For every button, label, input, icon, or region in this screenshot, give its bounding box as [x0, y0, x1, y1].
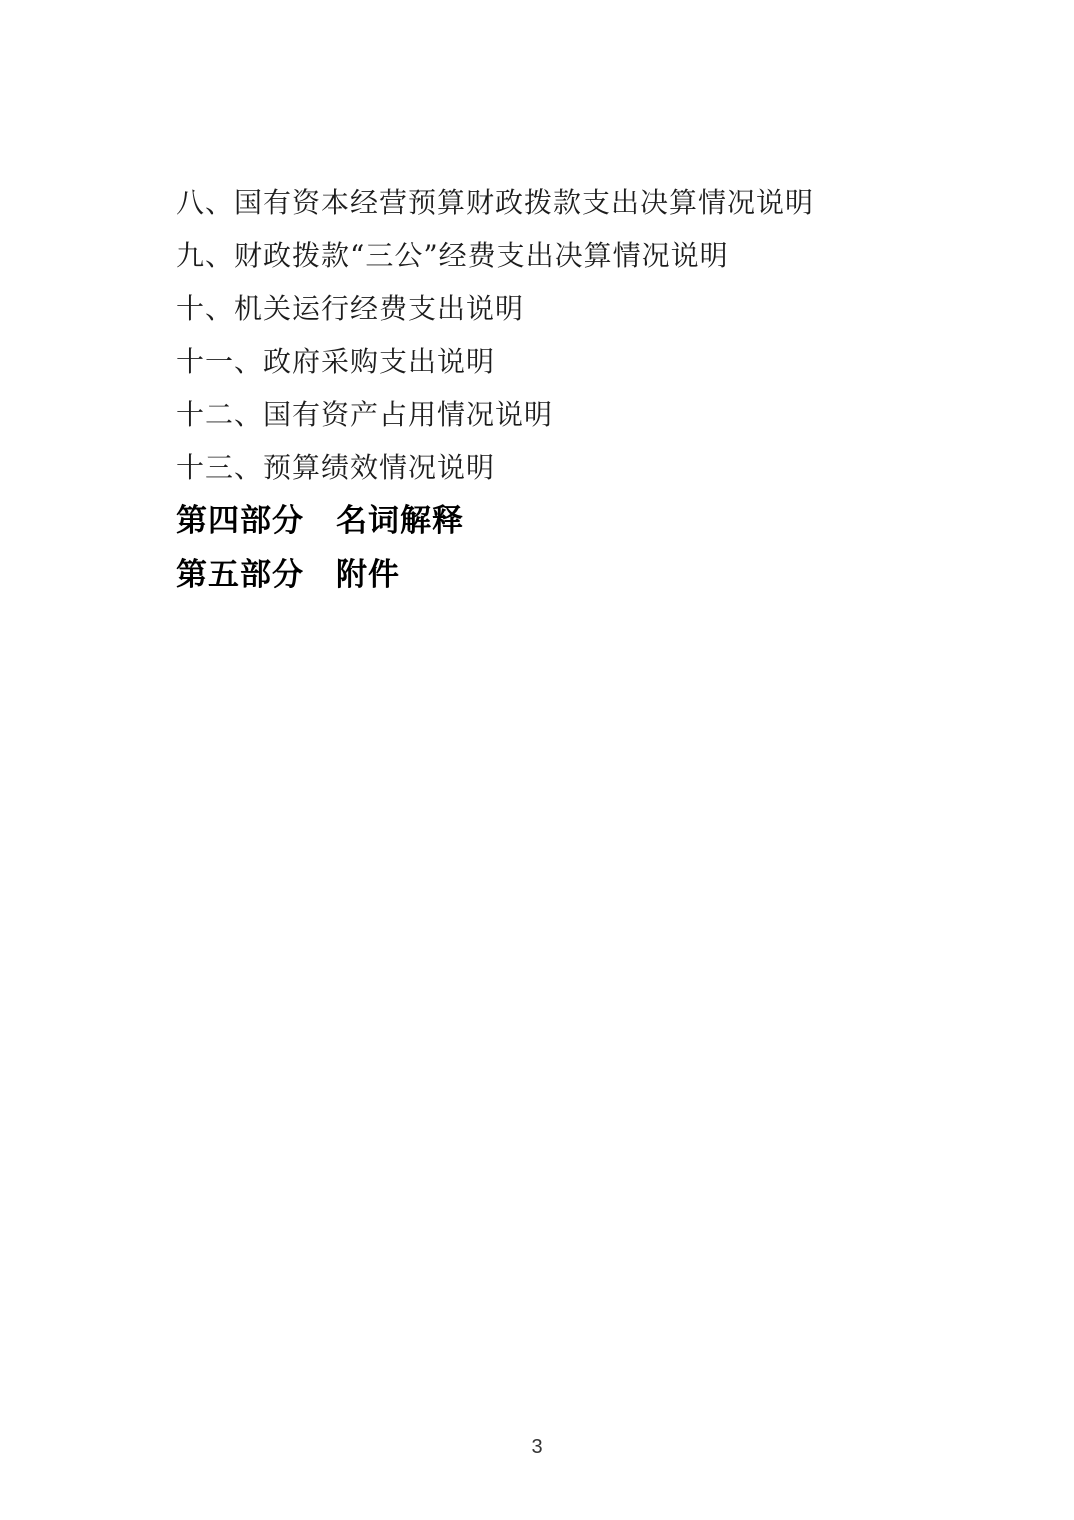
toc-list: 八、国有资本经营预算财政拨款支出决算情况说明 九、财政拨款“三公”经费支出决算情…: [176, 176, 1014, 602]
toc-item-10: 十、机关运行经费支出说明: [176, 282, 1014, 335]
toc-item-13: 十三、预算绩效情况说明: [176, 441, 1014, 494]
toc-item-12: 十二、国有资产占用情况说明: [176, 388, 1014, 441]
document-page: 八、国有资本经营预算财政拨款支出决算情况说明 九、财政拨款“三公”经费支出决算情…: [0, 0, 1074, 1520]
toc-section-part4: 第四部分 名词解释: [176, 494, 1014, 548]
toc-section-part5: 第五部分 附件: [176, 548, 1014, 602]
toc-item-8: 八、国有资本经营预算财政拨款支出决算情况说明: [176, 176, 1014, 229]
page-number: 3: [0, 1436, 1074, 1459]
toc-item-9: 九、财政拨款“三公”经费支出决算情况说明: [176, 229, 1014, 282]
toc-item-11: 十一、政府采购支出说明: [176, 335, 1014, 388]
